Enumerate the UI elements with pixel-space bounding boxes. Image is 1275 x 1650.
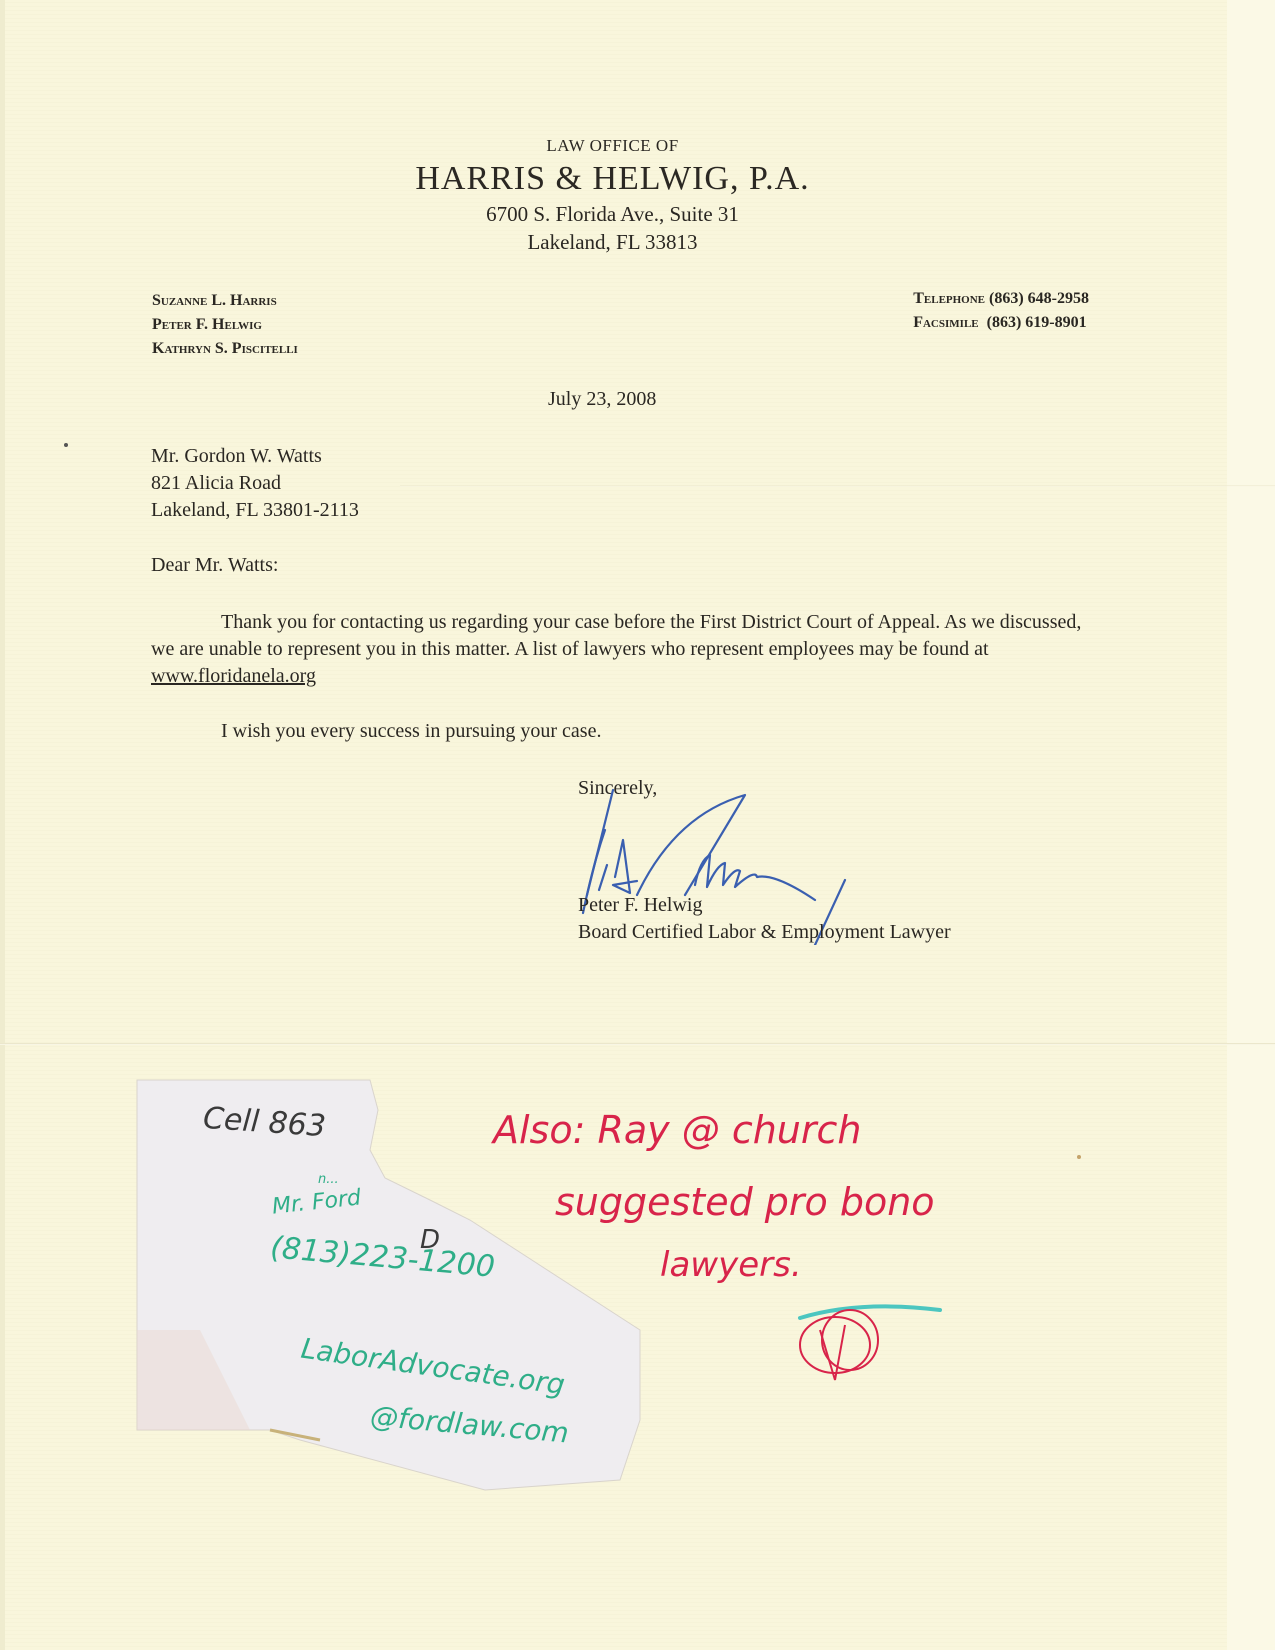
paper-speck <box>64 443 68 447</box>
attached-note-scrap <box>0 0 1275 1650</box>
note-red-line3: lawyers. <box>660 1245 802 1285</box>
paper-speck <box>1077 1155 1081 1159</box>
note-red-line1: Also: Ray @ church <box>493 1108 861 1152</box>
note-green-small: n... <box>318 1172 339 1187</box>
note-red-line2: suggested pro bono <box>555 1180 935 1224</box>
